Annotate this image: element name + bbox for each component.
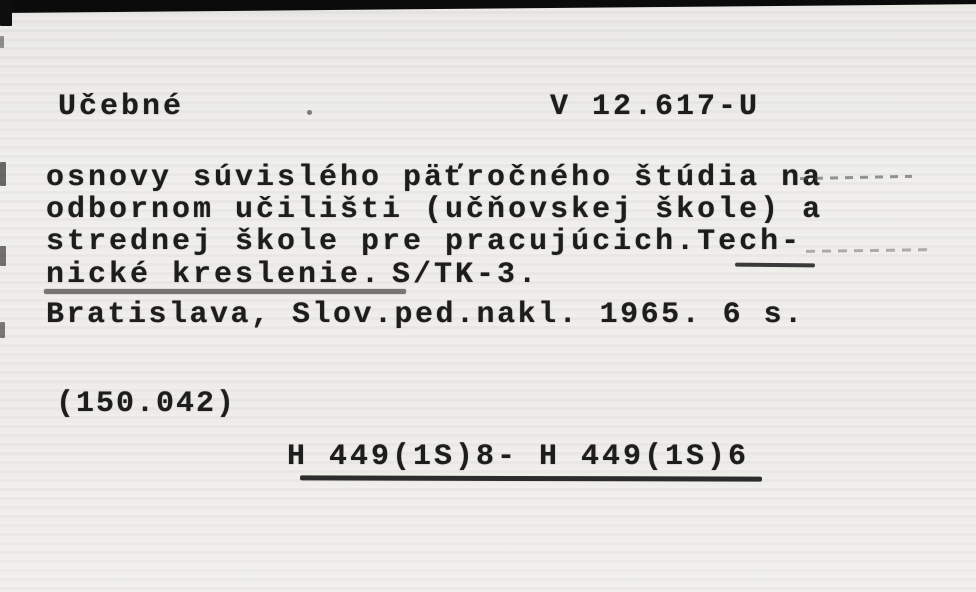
body-line-2: odbornom učilišti (učňovskej škole) a bbox=[46, 193, 823, 227]
body-line-2-text: odbornom učilišti (učňovskej škole) a bbox=[46, 193, 823, 227]
underline-kreslenie-segment bbox=[44, 289, 406, 294]
accession-number: (150.042) bbox=[56, 387, 236, 421]
shelf-mark: H 449(1S)8- H 449(1S)6 bbox=[287, 440, 749, 474]
catalog-card-scan: Učebné V 12.617-U osnovy súvislého päťro… bbox=[0, 0, 976, 592]
scan-edge-mark bbox=[0, 246, 6, 266]
title-underlined-part-2: nické kreslenie. bbox=[46, 258, 382, 292]
underline-tech-segment bbox=[735, 263, 815, 268]
series-code: S/TK-3. bbox=[382, 258, 539, 292]
body-line-3: strednej škole pre pracujúcich.Tech- bbox=[46, 225, 802, 259]
underline-shelf-mark bbox=[300, 475, 762, 481]
ink-speck bbox=[307, 110, 312, 115]
imprint-text: Bratislava, Slov.ped.nakl. 1965. 6 s. bbox=[46, 298, 805, 332]
imprint-line: Bratislava, Slov.ped.nakl. 1965. 6 s. bbox=[46, 298, 805, 332]
scan-edge-mark bbox=[0, 36, 4, 48]
body-line-3-text: strednej škole pre pracujúcich. bbox=[46, 225, 697, 259]
scan-edge-mark bbox=[0, 162, 6, 186]
call-number: V 12.617-U bbox=[550, 90, 760, 124]
scan-edge-corner bbox=[0, 0, 12, 26]
scanner-edge-bar bbox=[0, 0, 976, 13]
pencil-dash-artifact-2 bbox=[806, 248, 930, 253]
heading-word: Učebné bbox=[58, 90, 184, 124]
title-underlined-part-1: Tech- bbox=[697, 225, 802, 259]
body-line-4: nické kreslenie.S/TK-3. bbox=[46, 258, 539, 292]
body-line-1-text: osnovy súvislého päťročného štúdia na bbox=[46, 161, 823, 195]
body-line-1: osnovy súvislého päťročného štúdia na bbox=[46, 161, 823, 195]
scan-edge-mark bbox=[0, 322, 5, 338]
